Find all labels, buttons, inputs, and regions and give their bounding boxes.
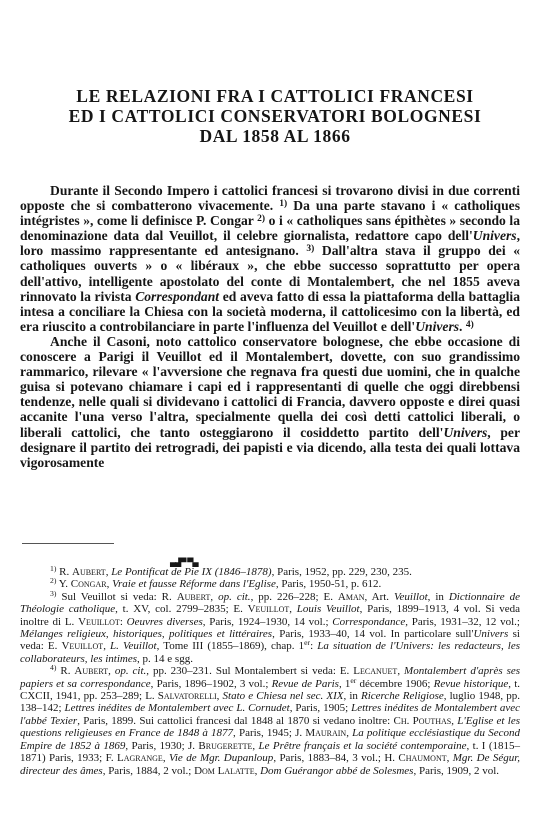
title-line-2: ED I CATTOLICI CONSERVATORI BOLOGNESI [0, 106, 550, 126]
paragraph-1: Durante il Secondo Impero i cattolici fr… [20, 183, 520, 334]
footnote-1: 1) R. Aubert, Le Pontificat de Pie IX (1… [20, 566, 520, 578]
footnote-3: 3) Sul Veuillot si veda: R. Aubert, op. … [20, 591, 520, 665]
footnote-ref-1: 1) [279, 199, 287, 209]
footnote-ref-4: 4) [466, 320, 474, 330]
title-line-3: DAL 1858 AL 1866 [0, 126, 550, 146]
article-title: LE RELAZIONI FRA I CATTOLICI FRANCESI ED… [0, 86, 550, 146]
footnote-separator [22, 543, 114, 544]
footnote-ref-2: 2) [257, 214, 265, 224]
footnote-2: 2) Y. Congar, Vraie et fausse Réforme da… [20, 578, 520, 590]
body-text: Durante il Secondo Impero i cattolici fr… [20, 183, 520, 470]
title-line-1: LE RELAZIONI FRA I CATTOLICI FRANCESI [0, 86, 550, 106]
footnotes: 1) R. Aubert, Le Pontificat de Pie IX (1… [20, 566, 520, 777]
paragraph-2: Anche il Casoni, noto cattolico conserva… [20, 334, 520, 470]
footnote-4: 4) R. Aubert, op. cit., pp. 230–231. Sul… [20, 665, 520, 777]
